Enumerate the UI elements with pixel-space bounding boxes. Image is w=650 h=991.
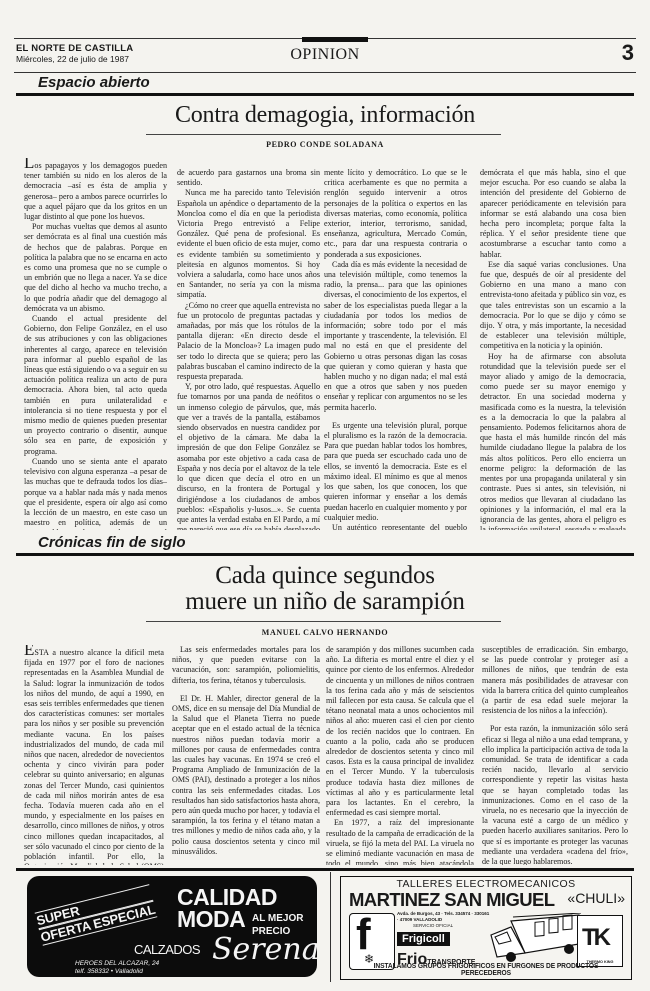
ad-headline-line1: CALIDAD [177, 886, 277, 908]
article2-column-3: de sarampión y dos millones sucumben cad… [326, 645, 474, 865]
article2-headline-line1: Cada quince segundos [0, 563, 650, 589]
kicker-rule [16, 553, 634, 556]
page-number: 3 [622, 40, 634, 66]
article2-column-1: ESTA a nuestro alcance la difícil meta f… [24, 645, 164, 865]
paragraph: Hoy ha de afirmarse con absoluta rotundi… [480, 352, 626, 530]
ad-martinez-san-miguel[interactable]: TALLERES ELECTROMECANICOS MARTINEZ SAN M… [340, 876, 632, 980]
article2-column-4: susceptibles de erradicación. Sin embarg… [482, 645, 628, 865]
paper-name: EL NORTE DE CASTILLA [16, 43, 133, 54]
ad-company-name: MARTINEZ SAN MIGUEL [349, 889, 554, 911]
kicker-espacio-abierto: Espacio abierto [38, 74, 150, 91]
paragraph: Es urgente una televisión plural, porque… [324, 421, 467, 523]
thermo-king-logo-icon: TK THERMO KING [577, 915, 623, 967]
ad-bottom-line: INSTALAMOS GRUPOS FRIGORIFICOS EN FURGON… [348, 963, 624, 977]
ad-contact: Avda. de Burgos, 43 · Tels. 334574 · 330… [397, 911, 489, 923]
kicker-cronicas: Crónicas fin de siglo [38, 534, 186, 551]
kicker-rule [16, 93, 634, 96]
paragraph: mente lícito y democrático. Lo que se le… [324, 168, 467, 260]
paragraph: de sarampión y dos millones sucumben cad… [326, 645, 474, 818]
paragraph: ESTA a nuestro alcance la difícil meta f… [24, 645, 164, 865]
article1-byline: PEDRO CONDE SOLADANA [0, 140, 650, 149]
ad-brand-logo: Serena [212, 932, 317, 967]
paper-date: Miércoles, 22 de julio de 1987 [16, 54, 129, 64]
paragraph: Y, por otro lado, qué respuestas. Aquell… [177, 382, 320, 530]
paragraph: Las seis enfermedades mortales para los … [172, 645, 320, 686]
paragraph: demócrata el que más habla, sino el que … [480, 168, 626, 260]
headline-rule [146, 621, 501, 622]
ad-calzados-serena[interactable]: SUPER OFERTA ESPECIAL CALIDAD MODA AL ME… [27, 876, 317, 977]
paragraph: Ese día saqué varias conclusiones. Una f… [480, 260, 626, 352]
paragraph: Un auténtico representante del pueblo ti… [324, 523, 467, 530]
headline-rule [146, 134, 501, 135]
article2-byline: MANUEL CALVO HERNANDO [0, 628, 650, 637]
article2-column-2: Las seis enfermedades mortales para los … [172, 645, 320, 865]
ad-address: HEROES DEL ALCAZAR, 24 telf. 358332 • Va… [75, 960, 159, 976]
section-name: OPINION [290, 46, 359, 64]
ad-store-type: CALZADOS [134, 942, 200, 957]
masthead: EL NORTE DE CASTILLA Miércoles, 22 de ju… [14, 38, 636, 73]
ads-divider [330, 872, 331, 982]
paragraph: Cuando el actual presidente del Gobierno… [24, 314, 167, 457]
ad-nickname: «CHULI» [567, 890, 625, 906]
ad-address-street: HEROES DEL ALCAZAR, 24 [75, 960, 159, 968]
section-bar [302, 37, 368, 42]
paragraph: de acuerdo para gastarnos una broma sin … [177, 168, 320, 188]
article1-column-2: de acuerdo para gastarnos una broma sin … [177, 168, 320, 530]
ad-brand-frigicoll: Frigicoll [397, 932, 450, 946]
paragraph: Cada día es más evidente la necesidad de… [324, 260, 467, 413]
ad-address-phone: telf. 358332 • Valladolid [75, 968, 159, 976]
frigicoll-logo-icon: f ❄ [349, 913, 395, 970]
article2-headline-line2: muere un niño de sarampión [0, 589, 650, 615]
paragraph: El Dr. H. Mahler, director general de la… [172, 694, 320, 857]
ad-servicio-oficial: SERVICIO OFICIAL [413, 923, 453, 928]
ads-rule [16, 868, 634, 871]
paragraph: Nunca me ha parecido tanto Televisión Es… [177, 188, 320, 300]
paragraph: Por esta razón, la inmunización sólo ser… [482, 724, 628, 865]
paragraph: Cuando uno se sienta ante el aparato tel… [24, 457, 167, 530]
paragraph: susceptibles de erradicación. Sin embarg… [482, 645, 628, 716]
paragraph: Por muchas vueltas que demos al asunto s… [24, 222, 167, 314]
article1-column-3: mente lícito y democrático. Lo que se le… [324, 168, 467, 530]
article1-headline: Contra demagogia, información [0, 103, 650, 128]
ad-super-oferta: SUPER OFERTA ESPECIAL [35, 884, 157, 945]
paragraph: Los papagayos y los demagogos pueden ten… [24, 158, 167, 222]
masthead-rule [14, 72, 636, 73]
paragraph: En 1977, a raíz del impresionante result… [326, 818, 474, 865]
article1-column-1: Los papagayos y los demagogos pueden ten… [24, 158, 167, 530]
ad-tagline-line1: AL MEJOR [252, 912, 304, 925]
newspaper-page: EL NORTE DE CASTILLA Miércoles, 22 de ju… [0, 0, 650, 991]
truck-icon [481, 913, 591, 965]
paragraph: ¿Cómo no creer que aquella entrevista no… [177, 301, 320, 383]
article1-column-4: demócrata el que más habla, sino el que … [480, 168, 626, 530]
